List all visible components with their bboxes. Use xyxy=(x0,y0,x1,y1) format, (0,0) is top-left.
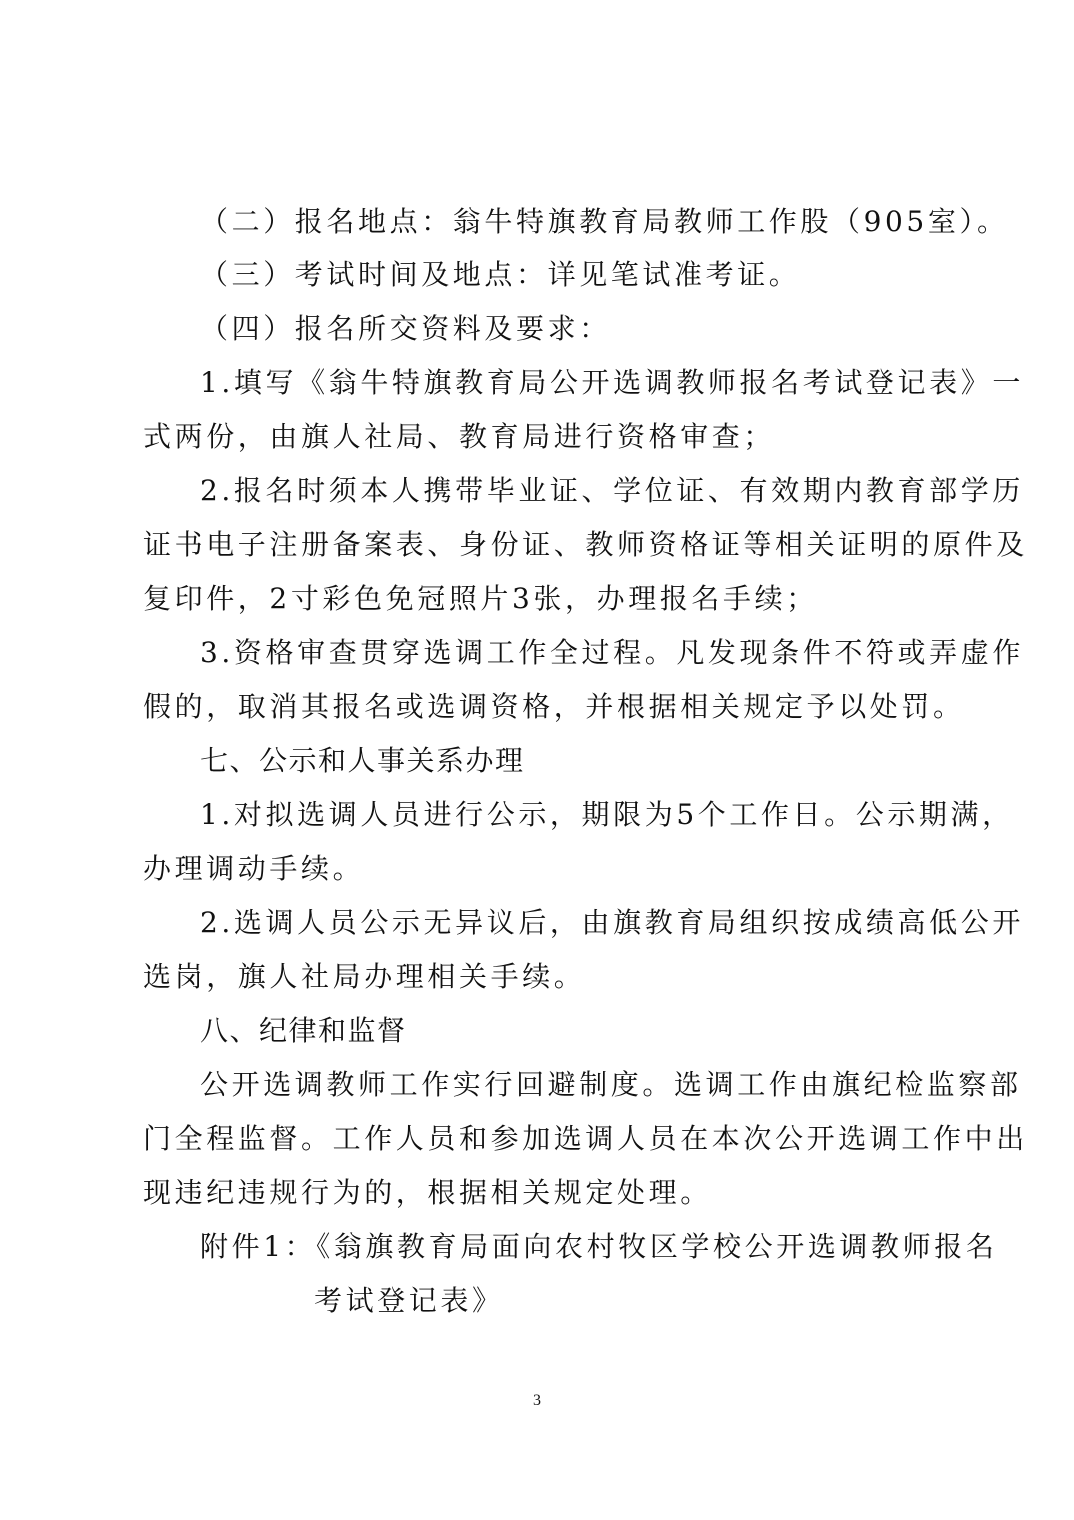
text-line: 2.报名时须本人携带毕业证、学位证、有效期内教育部学历 xyxy=(200,474,1024,508)
text-line: （四）报名所交资料及要求： xyxy=(200,312,611,346)
text-line: 1.填写《翁牛特旗教育局公开选调教师报名考试登记表》一 xyxy=(200,366,1024,400)
text-line: 附件1：《翁旗教育局面向农村牧区学校公开选调教师报名 xyxy=(200,1230,997,1264)
text-line: 3.资格审查贯穿选调工作全过程。凡发现条件不符或弄虚作 xyxy=(200,636,1024,670)
text-line: 式两份，由旗人社局、教育局进行资格审查； xyxy=(143,420,775,454)
text-line: 证书电子注册备案表、身份证、教师资格证等相关证明的原件及 xyxy=(143,528,1028,562)
text-line: 办理调动手续。 xyxy=(143,852,364,886)
text-line: 选岗，旗人社局办理相关手续。 xyxy=(143,960,585,994)
page-number: 3 xyxy=(0,1392,1074,1410)
section-heading: 七、公示和人事关系办理 xyxy=(200,744,525,778)
text-line: 1.对拟选调人员进行公示，期限为5个工作日。公示期满， xyxy=(200,798,1014,832)
text-line: 公开选调教师工作实行回避制度。选调工作由旗纪检监察部 xyxy=(200,1068,1022,1102)
text-line: 复印件，2寸彩色免冠照片3张，办理报名手续； xyxy=(143,582,818,616)
text-line: 考试登记表》 xyxy=(314,1284,504,1318)
text-line: （二）报名地点：翁牛特旗教育局教师工作股（905室）。 xyxy=(200,205,1009,239)
section-heading: 八、纪律和监督 xyxy=(200,1014,407,1048)
text-line: 2.选调人员公示无异议后，由旗教育局组织按成绩高低公开 xyxy=(200,906,1024,940)
text-line: （三）考试时间及地点：详见笔试准考证。 xyxy=(200,258,800,292)
text-line: 现违纪违规行为的，根据相关规定处理。 xyxy=(143,1176,712,1210)
text-line: 假的，取消其报名或选调资格，并根据相关规定予以处罚。 xyxy=(143,690,965,724)
text-line: 门全程监督。工作人员和参加选调人员在本次公开选调工作中出 xyxy=(143,1122,1028,1156)
